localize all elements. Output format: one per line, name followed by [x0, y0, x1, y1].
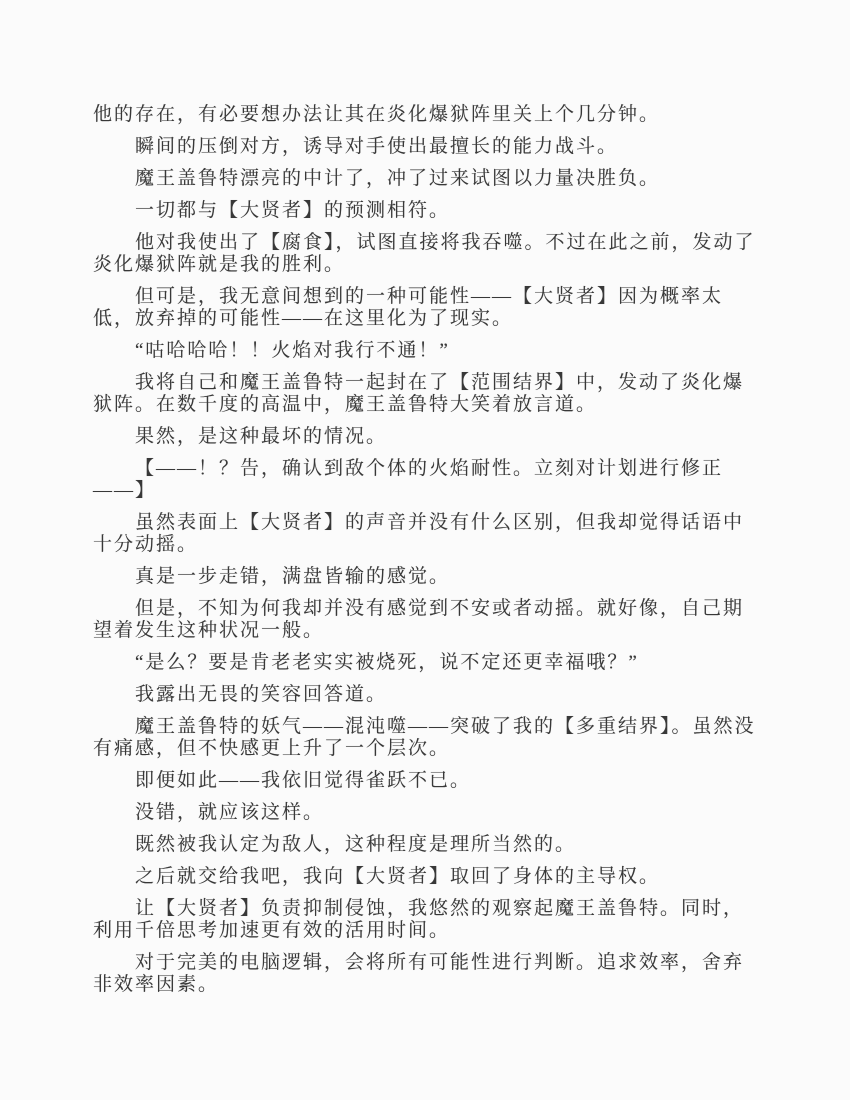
paragraph: 魔王盖鲁特的妖气——混沌噬——突破了我的【多重结界】。虽然没有痛感，但不快感更上… [93, 716, 757, 760]
novel-text-block: 他的存在，有必要想办法让其在炎化爆狱阵里关上个几分钟。 瞬间的压倒对方，诱导对手… [93, 104, 757, 996]
paragraph: 但是，不知为何我却并没有感觉到不安或者动摇。就好像，自己期望着发生这种状况一般。 [93, 598, 757, 642]
paragraph: 既然被我认定为敌人，这种程度是理所当然的。 [93, 834, 757, 856]
paragraph: 魔王盖鲁特漂亮的中计了，冲了过来试图以力量决胜负。 [93, 168, 757, 190]
paragraph: 他对我使出了【腐食】，试图直接将我吞噬。不过在此之前，发动了炎化爆狱阵就是我的胜… [93, 232, 757, 276]
paragraph: 一切都与【大贤者】的预测相符。 [93, 200, 757, 222]
paragraph: 真是一步走错，满盘皆输的感觉。 [93, 566, 757, 588]
paragraph: 之后就交给我吧，我向【大贤者】取回了身体的主导权。 [93, 866, 757, 888]
paragraph: 我露出无畏的笑容回答道。 [93, 684, 757, 706]
paragraph: 虽然表面上【大贤者】的声音并没有什么区别，但我却觉得话语中十分动摇。 [93, 512, 757, 556]
paragraph: 没错，就应该这样。 [93, 802, 757, 824]
paragraph-skill-speech: 【——！？告，确认到敌个体的火焰耐性。立刻对计划进行修正——】 [93, 458, 757, 502]
paragraph: 果然，是这种最坏的情况。 [93, 426, 757, 448]
paragraph: 我将自己和魔王盖鲁特一起封在了【范围结界】中，发动了炎化爆狱阵。在数千度的高温中… [93, 372, 757, 416]
paragraph: 让【大贤者】负责抑制侵蚀，我悠然的观察起魔王盖鲁特。同时，利用千倍思考加速更有效… [93, 898, 757, 942]
paragraph-dialogue: “是么？要是肯老老实实被烧死，说不定还更幸福哦？” [93, 652, 757, 674]
paragraph: 但可是，我无意间想到的一种可能性——【大贤者】因为概率太低，放弃掉的可能性——在… [93, 286, 757, 330]
paragraph: 瞬间的压倒对方，诱导对手使出最擅长的能力战斗。 [93, 136, 757, 158]
paragraph-dialogue: “咕哈哈哈！！火焰对我行不通！” [93, 340, 757, 362]
paragraph: 他的存在，有必要想办法让其在炎化爆狱阵里关上个几分钟。 [93, 104, 757, 126]
paragraph: 即便如此——我依旧觉得雀跃不已。 [93, 770, 757, 792]
novel-page: 他的存在，有必要想办法让其在炎化爆狱阵里关上个几分钟。 瞬间的压倒对方，诱导对手… [0, 0, 850, 1100]
paragraph: 对于完美的电脑逻辑，会将所有可能性进行判断。追求效率，舍弃非效率因素。 [93, 952, 757, 996]
